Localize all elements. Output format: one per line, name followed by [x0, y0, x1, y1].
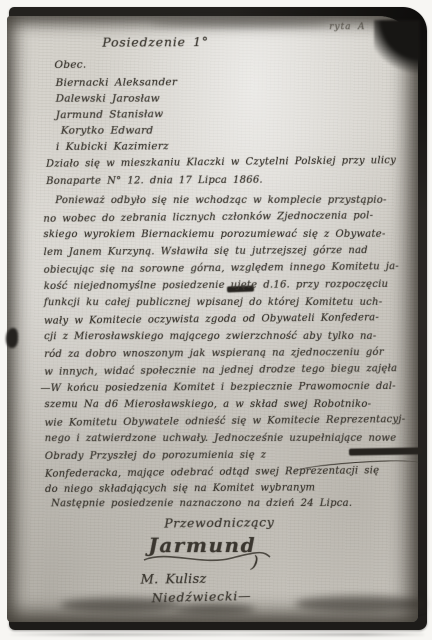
signature-flourish [142, 548, 272, 568]
present-label: Obec. [54, 59, 86, 71]
manuscript-line: —W końcu posiedzenia Komitet i bezpieczn… [40, 381, 396, 394]
handwritten-text-layer: ryta A Posiedzenie 1° Obec. Biernacki Al… [0, 0, 432, 640]
manuscript-line: wały w Komitecie oczywista zgoda od Obyw… [44, 312, 379, 327]
signature-name: Niedźwiecki— [152, 588, 252, 605]
manuscript-line: obiecując się na sorowne górna, względem… [44, 261, 399, 276]
attendee-name: Jarmund Stanisław [56, 108, 164, 121]
attendee-name: Biernacki Aleksander [56, 76, 178, 89]
manuscript-line: Konfederacka, mające odebrać odtąd swej … [45, 465, 380, 480]
signature-role: Przewodniczący [164, 514, 274, 530]
session-title: Posiedzenie 1° [102, 34, 209, 50]
manuscript-line: nego i zatwierdzone uchwały. Jednocześni… [45, 433, 397, 444]
manuscript-line: wie Komitetu Obywatele odnieść się w Kom… [45, 414, 406, 429]
manuscript-line: do niego składających się na Komitet wyb… [45, 482, 315, 495]
manuscript-line: no wobec do zebrania licznych członków Z… [43, 210, 373, 224]
closing-line: Następnie posiedzenie naznaczono na dzie… [51, 498, 352, 509]
manuscript-line: funkcji ku całej publicznej wpisanej do … [44, 297, 382, 308]
attendee-name: i Kubicki Kazimierz [56, 140, 169, 153]
manuscript-line: ród za dobro wnoszonym jak wspieraną na … [44, 347, 384, 360]
place-date-line: Bonaparte N° 12. dnia 17 Lipca 1866. [46, 175, 263, 187]
place-date-line: Działo się w mieszkaniu Klaczki w Czytel… [46, 155, 396, 170]
manuscript-line: Ponieważ odbyło się nie wchodząc w kompl… [55, 195, 386, 206]
archival-corner-note: ryta A [329, 22, 365, 32]
manuscript-line: szemu Na d6 Mierosławskiego, a w skład s… [45, 399, 372, 410]
manuscript-line: kość niejednomyślne posiedzenie ujęte d.… [44, 279, 389, 292]
manuscript-line: w innych, widać społecznie na jednej dro… [44, 363, 397, 378]
manuscript-line: lem Janem Kurzyną. Wsławiła się tu jutrz… [44, 245, 368, 258]
manuscript-line: Obrady Przyszłej do porozumienia się z [45, 450, 267, 462]
scanned-document-page: ryta A Posiedzenie 1° Obec. Biernacki Al… [0, 0, 432, 640]
manuscript-line: cji z Mierosławskiego mającego zwierzchn… [44, 331, 376, 342]
attendee-name: Dalewski Jarosław [56, 93, 160, 105]
attendee-name: Korytko Edward [61, 125, 153, 137]
signature-name: M. Kulisz [141, 572, 207, 588]
manuscript-line: skiego wyrokiem Biernackiemu porozumiewa… [43, 229, 385, 240]
